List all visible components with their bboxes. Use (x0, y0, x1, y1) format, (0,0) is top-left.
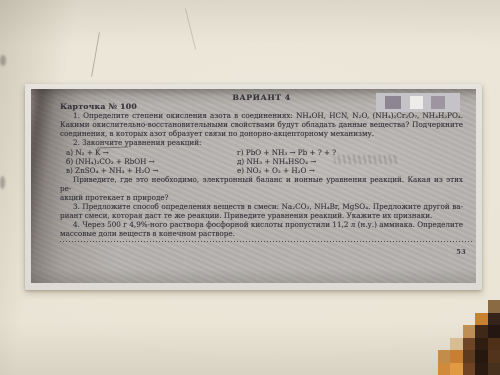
mosaic-cell (438, 300, 451, 313)
mosaic-cell (488, 350, 500, 363)
mosaic-cell (438, 313, 451, 326)
mosaic-cell (475, 363, 488, 375)
pencil-smudge (334, 155, 398, 164)
mosaic-cell (438, 338, 451, 351)
equation-left: в) ZnSO₄ + NH₃ + H₂O → (66, 166, 237, 175)
question-4-text: 4. Через 500 г 4,9%-ного раствора фосфор… (60, 220, 463, 238)
text-line: массовые доли веществ в конечном раствор… (60, 229, 463, 238)
question-1-text: 1. Определите степени окисления азота в … (60, 111, 463, 138)
censored-corner-mosaic (438, 300, 500, 375)
mosaic-cell (450, 325, 463, 338)
equation-row: б) (NH₄)₂CO₃ + RbOH →д) NH₃ + NH₄HSO₄ → (60, 157, 463, 166)
mosaic-cell (450, 338, 463, 351)
text-line: риант смеси, которая даст те же реакции.… (60, 211, 463, 220)
page-number: 53 (456, 248, 466, 256)
card-number-heading: Карточка № 100 (60, 102, 463, 111)
exam-card: ВАРИАНТ 4 Карточка № 100 1. Определите с… (25, 84, 482, 290)
mosaic-cell (475, 350, 488, 363)
mosaic-cell (463, 350, 476, 363)
mosaic-cell (475, 325, 488, 338)
question-3-text: 3. Предложите способ определения веществ… (60, 202, 463, 220)
mosaic-cell (450, 313, 463, 326)
equation-row: в) ZnSO₄ + NH₃ + H₂O →е) NO₂ + O₂ + H₂O … (60, 166, 463, 175)
mosaic-cell (438, 350, 451, 363)
mosaic-cell (450, 300, 463, 313)
paper-scratch-line (185, 9, 196, 50)
text-line: соединения, в которых азот образует связ… (60, 129, 463, 138)
text-line: Приведите, где это необходимо, электронн… (60, 175, 463, 193)
equation-left: а) N₂ + K → (66, 148, 237, 157)
variant-heading: ВАРИАНТ 4 (60, 93, 463, 102)
mosaic-cell (463, 313, 476, 326)
mosaic-cell (463, 338, 476, 351)
dotted-rule (60, 240, 474, 242)
mosaic-cell (488, 363, 500, 375)
text-line: 1. Определите степени окисления азота в … (60, 111, 463, 120)
card-text: ВАРИАНТ 4 Карточка № 100 1. Определите с… (31, 89, 476, 242)
equation-right: е) NO₂ + O₂ + H₂O → (237, 166, 463, 175)
question-2-outro: Приведите, где это необходимо, электронн… (60, 175, 463, 202)
text-line: акций протекает в природе? (60, 193, 463, 202)
mosaic-cell (488, 325, 500, 338)
equation-row: а) N₂ + K →г) PbO + NH₃ → Pb + ? + ? (60, 148, 463, 157)
photocopy-area: ВАРИАНТ 4 Карточка № 100 1. Определите с… (31, 89, 476, 283)
mosaic-cell (463, 300, 476, 313)
mosaic-cell (463, 325, 476, 338)
equations-list: а) N₂ + K →г) PbO + NH₃ → Pb + ? + ?б) (… (60, 148, 463, 175)
mosaic-cell (488, 338, 500, 351)
mosaic-cell (463, 363, 476, 375)
mosaic-cell (475, 313, 488, 326)
mosaic-cell (438, 325, 451, 338)
paper-scratch-line (91, 32, 100, 76)
equation-left: б) (NH₄)₂CO₃ + RbOH → (66, 157, 237, 166)
text-line: 3. Предложите способ определения веществ… (60, 202, 463, 211)
text-line: 4. Через 500 г 4,9%-ного раствора фосфор… (60, 220, 463, 229)
mosaic-cell (475, 338, 488, 351)
edge-smudge (0, 55, 6, 66)
mosaic-cell (475, 300, 488, 313)
edge-smudge (0, 176, 5, 189)
mosaic-cell (450, 363, 463, 375)
mosaic-cell (438, 363, 451, 375)
mosaic-cell (450, 350, 463, 363)
mosaic-cell (488, 300, 500, 313)
mosaic-cell (488, 313, 500, 326)
text-line: Какими окислительно-восстановительными с… (60, 120, 463, 129)
